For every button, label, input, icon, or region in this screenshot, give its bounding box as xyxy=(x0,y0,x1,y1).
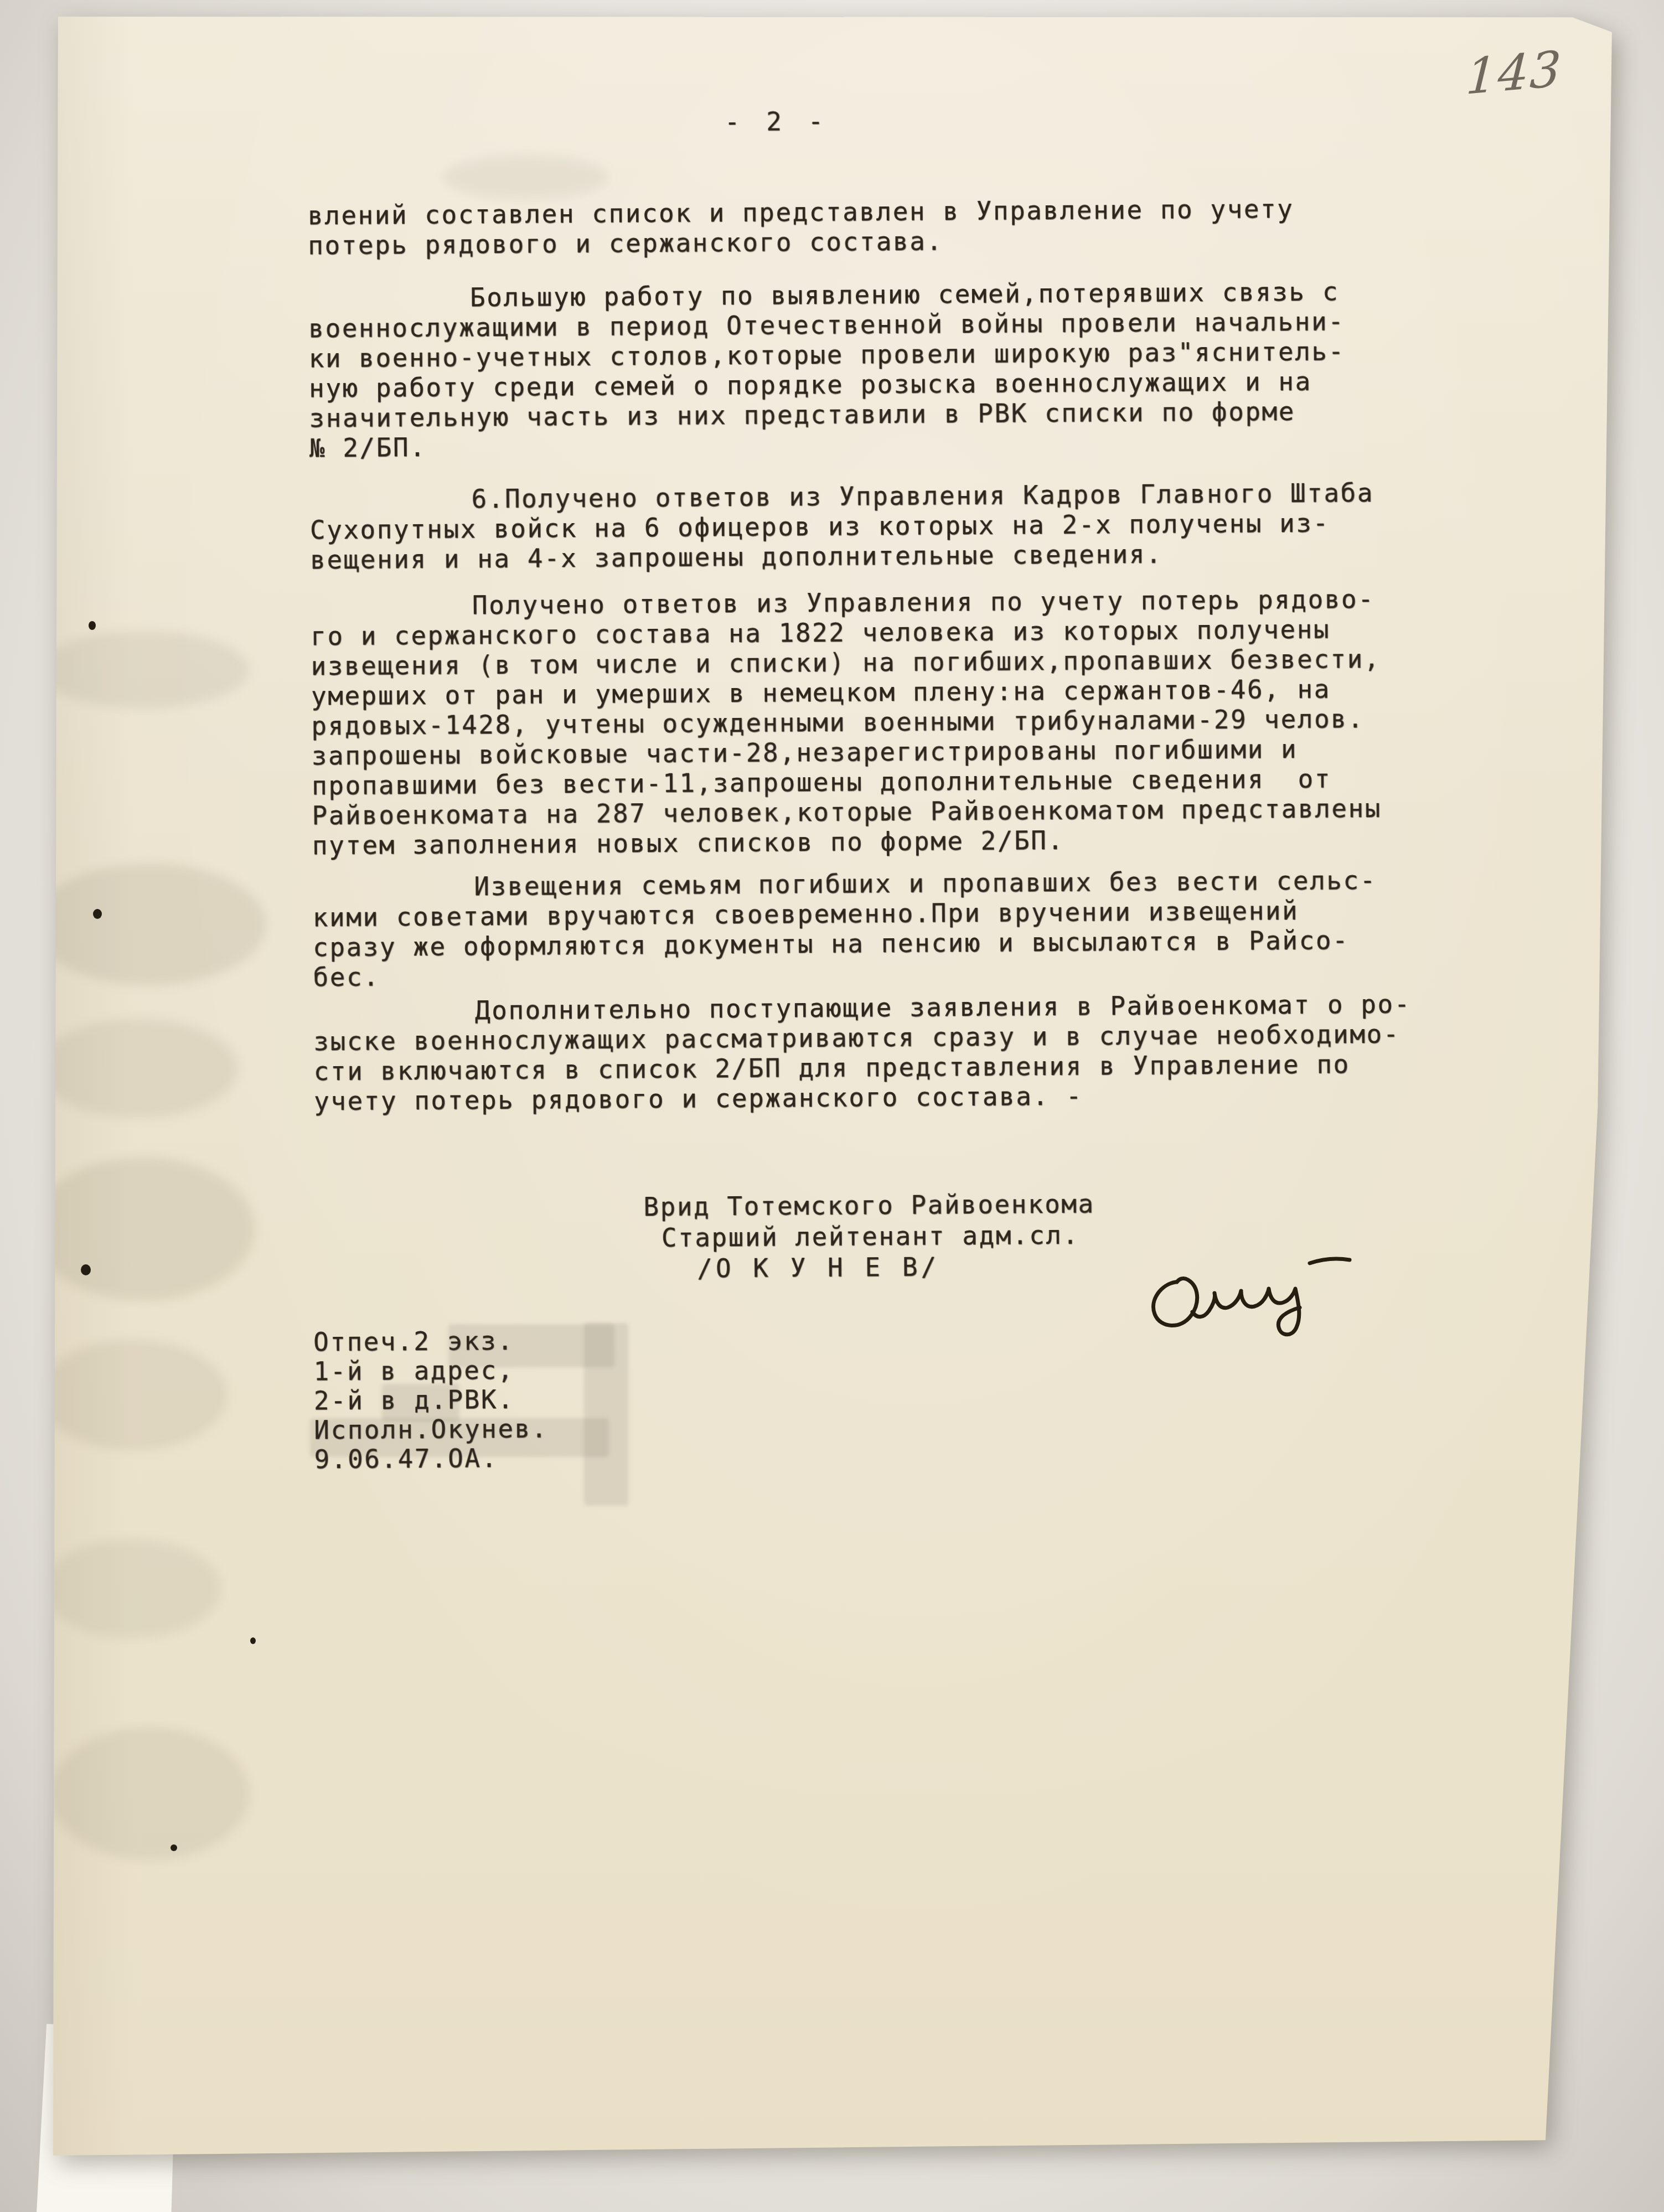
typist-notes: Отпеч.2 экз. 1-й в адрес, 2-й в д.РВК. И… xyxy=(313,1326,549,1474)
paragraph-4: Получено ответов из Управления по учету … xyxy=(311,583,1453,860)
handwritten-signature xyxy=(1133,1231,1371,1350)
typist-note-line: 1-й в адрес, xyxy=(313,1355,547,1386)
typist-note-line: Отпеч.2 экз. xyxy=(313,1326,547,1357)
paragraph-3: 6.Получено ответов из Управления Кадров … xyxy=(309,477,1450,575)
scan-background: 143 - 2 - влений составлен список и пред… xyxy=(0,0,1664,2212)
paragraph-6: Дополнительно поступающие заявления в Ра… xyxy=(313,989,1454,1116)
typed-text-layer: - 2 - влений составлен список и представ… xyxy=(0,0,1664,2212)
signature-rank-line: Старший лейтенант адм.сл. xyxy=(662,1219,1095,1253)
typist-note-line: 9.06.47.ОА. xyxy=(314,1443,548,1474)
signature-position-line: Врид Тотемского Райвоенкома xyxy=(643,1188,1095,1222)
paragraph-2: Большую работу по выявлению семей,потеря… xyxy=(308,276,1450,463)
paragraph-1: влений составлен список и представлен в … xyxy=(308,193,1449,260)
signature-name-line: /О К У Н Е В/ xyxy=(697,1250,1095,1284)
typist-note-line: Исполн.Окунев. xyxy=(314,1414,548,1445)
page-number: - 2 - xyxy=(725,106,829,137)
paragraph-5: Извещения семьям погибших и пропавших бе… xyxy=(312,865,1453,992)
typist-note-line: 2-й в д.РВК. xyxy=(314,1384,548,1415)
signature-block: Врид Тотемского Райвоенкома Старший лейт… xyxy=(643,1188,1095,1284)
